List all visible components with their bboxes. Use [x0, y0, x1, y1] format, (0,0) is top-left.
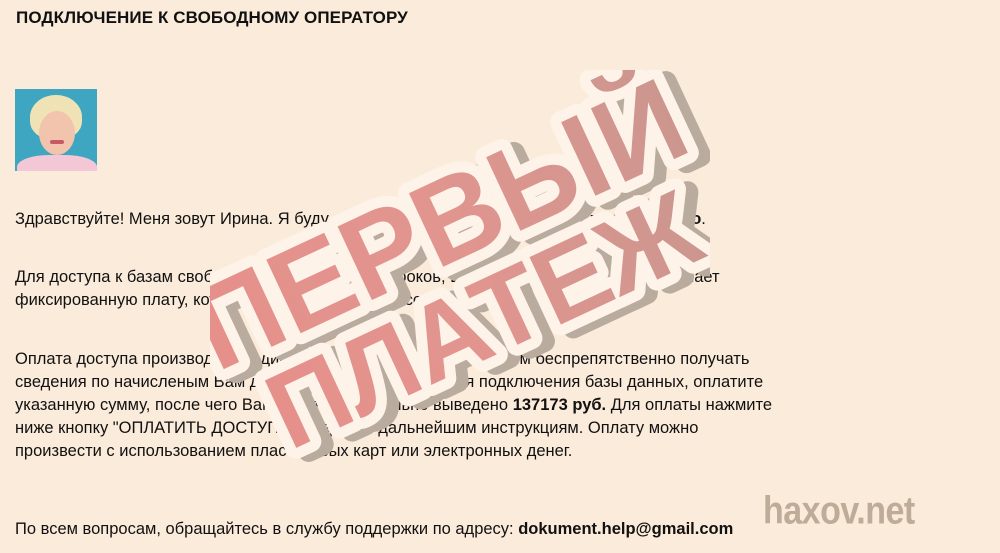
page-title: ПОДКЛЮЧЕНИЕ К СВОБОДНОМУ ОПЕРАТОРУ — [16, 8, 408, 28]
fee-line-1: Для доступа к базам свободных донатов ст… — [15, 266, 975, 289]
payment-line-3-end: Для оплаты нажмите — [606, 396, 772, 414]
site-watermark: haxov.net — [763, 489, 915, 534]
payment-line-2: сведения по начисленым Вам донатам через… — [15, 371, 975, 394]
greeting-end: . — [701, 210, 706, 228]
greeting-text: Здравствуйте! Меня зовут Ирина. Я буду с… — [15, 210, 644, 228]
fee-amount: 195 руб. — [441, 291, 507, 309]
avatar-body-shape — [17, 155, 97, 171]
payment-line-3: указанную сумму, после чего Вам будет мо… — [15, 396, 513, 414]
login-value: просто — [644, 210, 701, 228]
greeting-paragraph: Здравствуйте! Меня зовут Ирина. Я буду с… — [15, 208, 706, 231]
payment-line-4: ниже кнопку "ОПЛАТИТЬ ДОСТУП" и следуйте… — [15, 417, 975, 440]
avatar-face-shape — [39, 111, 75, 155]
support-text: По всем вопросам, обращайтесь в службу п… — [15, 520, 518, 538]
payment-line-1: Оплата доступа производится один раз и п… — [15, 348, 975, 371]
payout-amount: 137173 руб. — [513, 396, 606, 414]
avatar-lips-shape — [50, 140, 64, 144]
support-paragraph: По всем вопросам, обращайтесь в службу п… — [15, 518, 733, 541]
fee-paragraph: Для доступа к базам свободных донатов ст… — [15, 266, 975, 312]
payment-paragraph: Оплата доступа производится один раз и п… — [15, 348, 975, 463]
payment-line-5: произвести с использованием пластиковых … — [15, 440, 975, 463]
page: ПОДКЛЮЧЕНИЕ К СВОБОДНОМУ ОПЕРАТОРУ Здрав… — [0, 0, 1000, 553]
support-email-link[interactable]: dokument.help@gmail.com — [518, 520, 733, 538]
fee-line-2: фиксированную плату, которая для Вас сос… — [15, 291, 441, 309]
operator-avatar — [15, 89, 97, 171]
